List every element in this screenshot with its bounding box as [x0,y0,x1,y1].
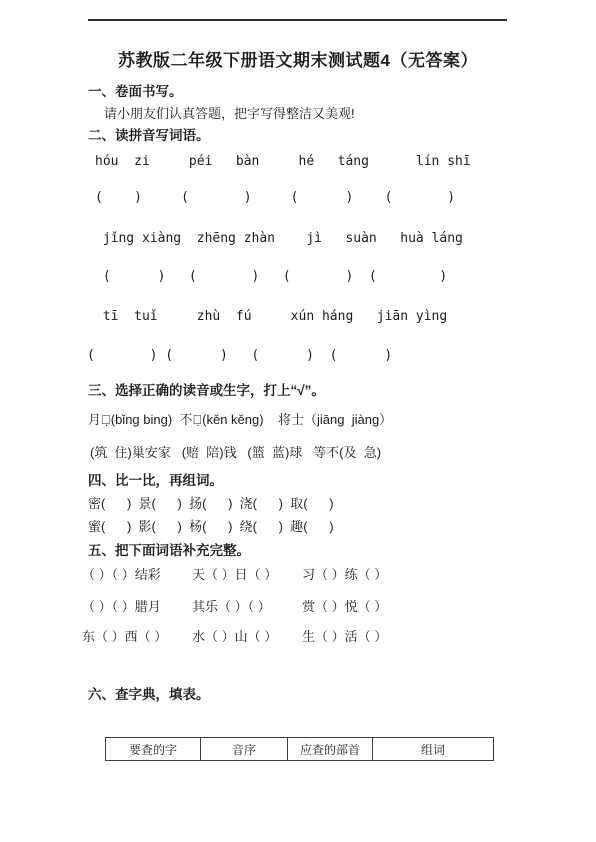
answer-blanks-row-1: ( ) ( ) ( ) ( ) [95,190,455,205]
phrase-cell: 习（ ）练（ ） [302,564,522,583]
answer-blanks-row-2: ( ) ( ) ( ) ( ) [95,269,447,284]
phrase-row-3: 东（ ）西（ ） 水（ ）山（ ） 生（ ）活（ ） [82,626,522,645]
section-6-heading: 六、查字典，填表。 [88,683,210,703]
table-header-word-group: 组词 [373,738,494,761]
answer-blanks-row-3: ( ) ( ) ( ) ( ) [87,348,392,363]
section-1-heading: 一、卷面书写。 [88,80,183,100]
character-choice-line: (筑 住)巢安家 (赔 陪)钱 (篮 蓝)球 等不(及 急) [90,442,381,461]
word-compare-row-2: 蜜( ) 影( ) 杨( ) 绕( ) 趣( ) [88,516,334,535]
phrase-row-1: （ ）（ ）结彩 天（ ）日（ ） 习（ ）练（ ） [82,564,522,583]
table-header-character: 要查的字 [106,738,201,761]
pinyin-row-1: hóu zi péi bàn hé táng lín shī [95,154,471,169]
phrase-cell: 生（ ）活（ ） [302,626,522,645]
section-2-heading: 二、读拼音写词语。 [88,124,210,144]
phrase-cell: （ ）（ ）腊月 [82,596,192,615]
page-title: 苏教版二年级下册语文期末测试题4（无答案） [0,46,596,71]
phrase-cell: 其乐（ ）（ ） [192,596,302,615]
top-divider [88,19,507,21]
worksheet-page: 苏教版二年级下册语文期末测试题4（无答案） 一、卷面书写。 请小朋友们认真答题，… [0,0,596,842]
section-5-heading: 五、把下面词语补充完整。 [88,539,250,559]
dictionary-table: 要查的字 音序 应查的部首 组词 [105,737,494,761]
pronunciation-choice-line: 月饼̣(bǐng bing) 不肯̣(kěn kěng) 将士（jiāng ji… [88,409,392,428]
phrase-cell: 天（ ）日（ ） [192,564,302,583]
pinyin-row-2: jǐng xiàng zhēng zhàn jì suàn huà láng [95,231,463,246]
phrase-cell: 东（ ）西（ ） [82,626,192,645]
phrase-cell: 水（ ）山（ ） [192,626,302,645]
phrase-row-2: （ ）（ ）腊月 其乐（ ）（ ） 赏（ ）悦（ ） [82,596,522,615]
word-compare-row-1: 密( ) 景( ) 扬( ) 浇( ) 取( ) [88,493,334,512]
table-header-radical: 应查的部首 [288,738,373,761]
table-header-row: 要查的字 音序 应查的部首 组词 [106,738,494,761]
phrase-cell: （ ）（ ）结彩 [82,564,192,583]
pinyin-row-3: tī tuǐ zhù fú xún háng jiān yìng [95,309,447,324]
section-4-heading: 四、比一比，再组词。 [88,469,223,489]
section-1-instruction: 请小朋友们认真答题，把字写得整洁又美观! [104,103,355,122]
section-3-heading: 三、选择正确的读音或生字，打上“√”。 [88,379,325,399]
phrase-cell: 赏（ ）悦（ ） [302,596,522,615]
table-header-phonetic-order: 音序 [201,738,288,761]
